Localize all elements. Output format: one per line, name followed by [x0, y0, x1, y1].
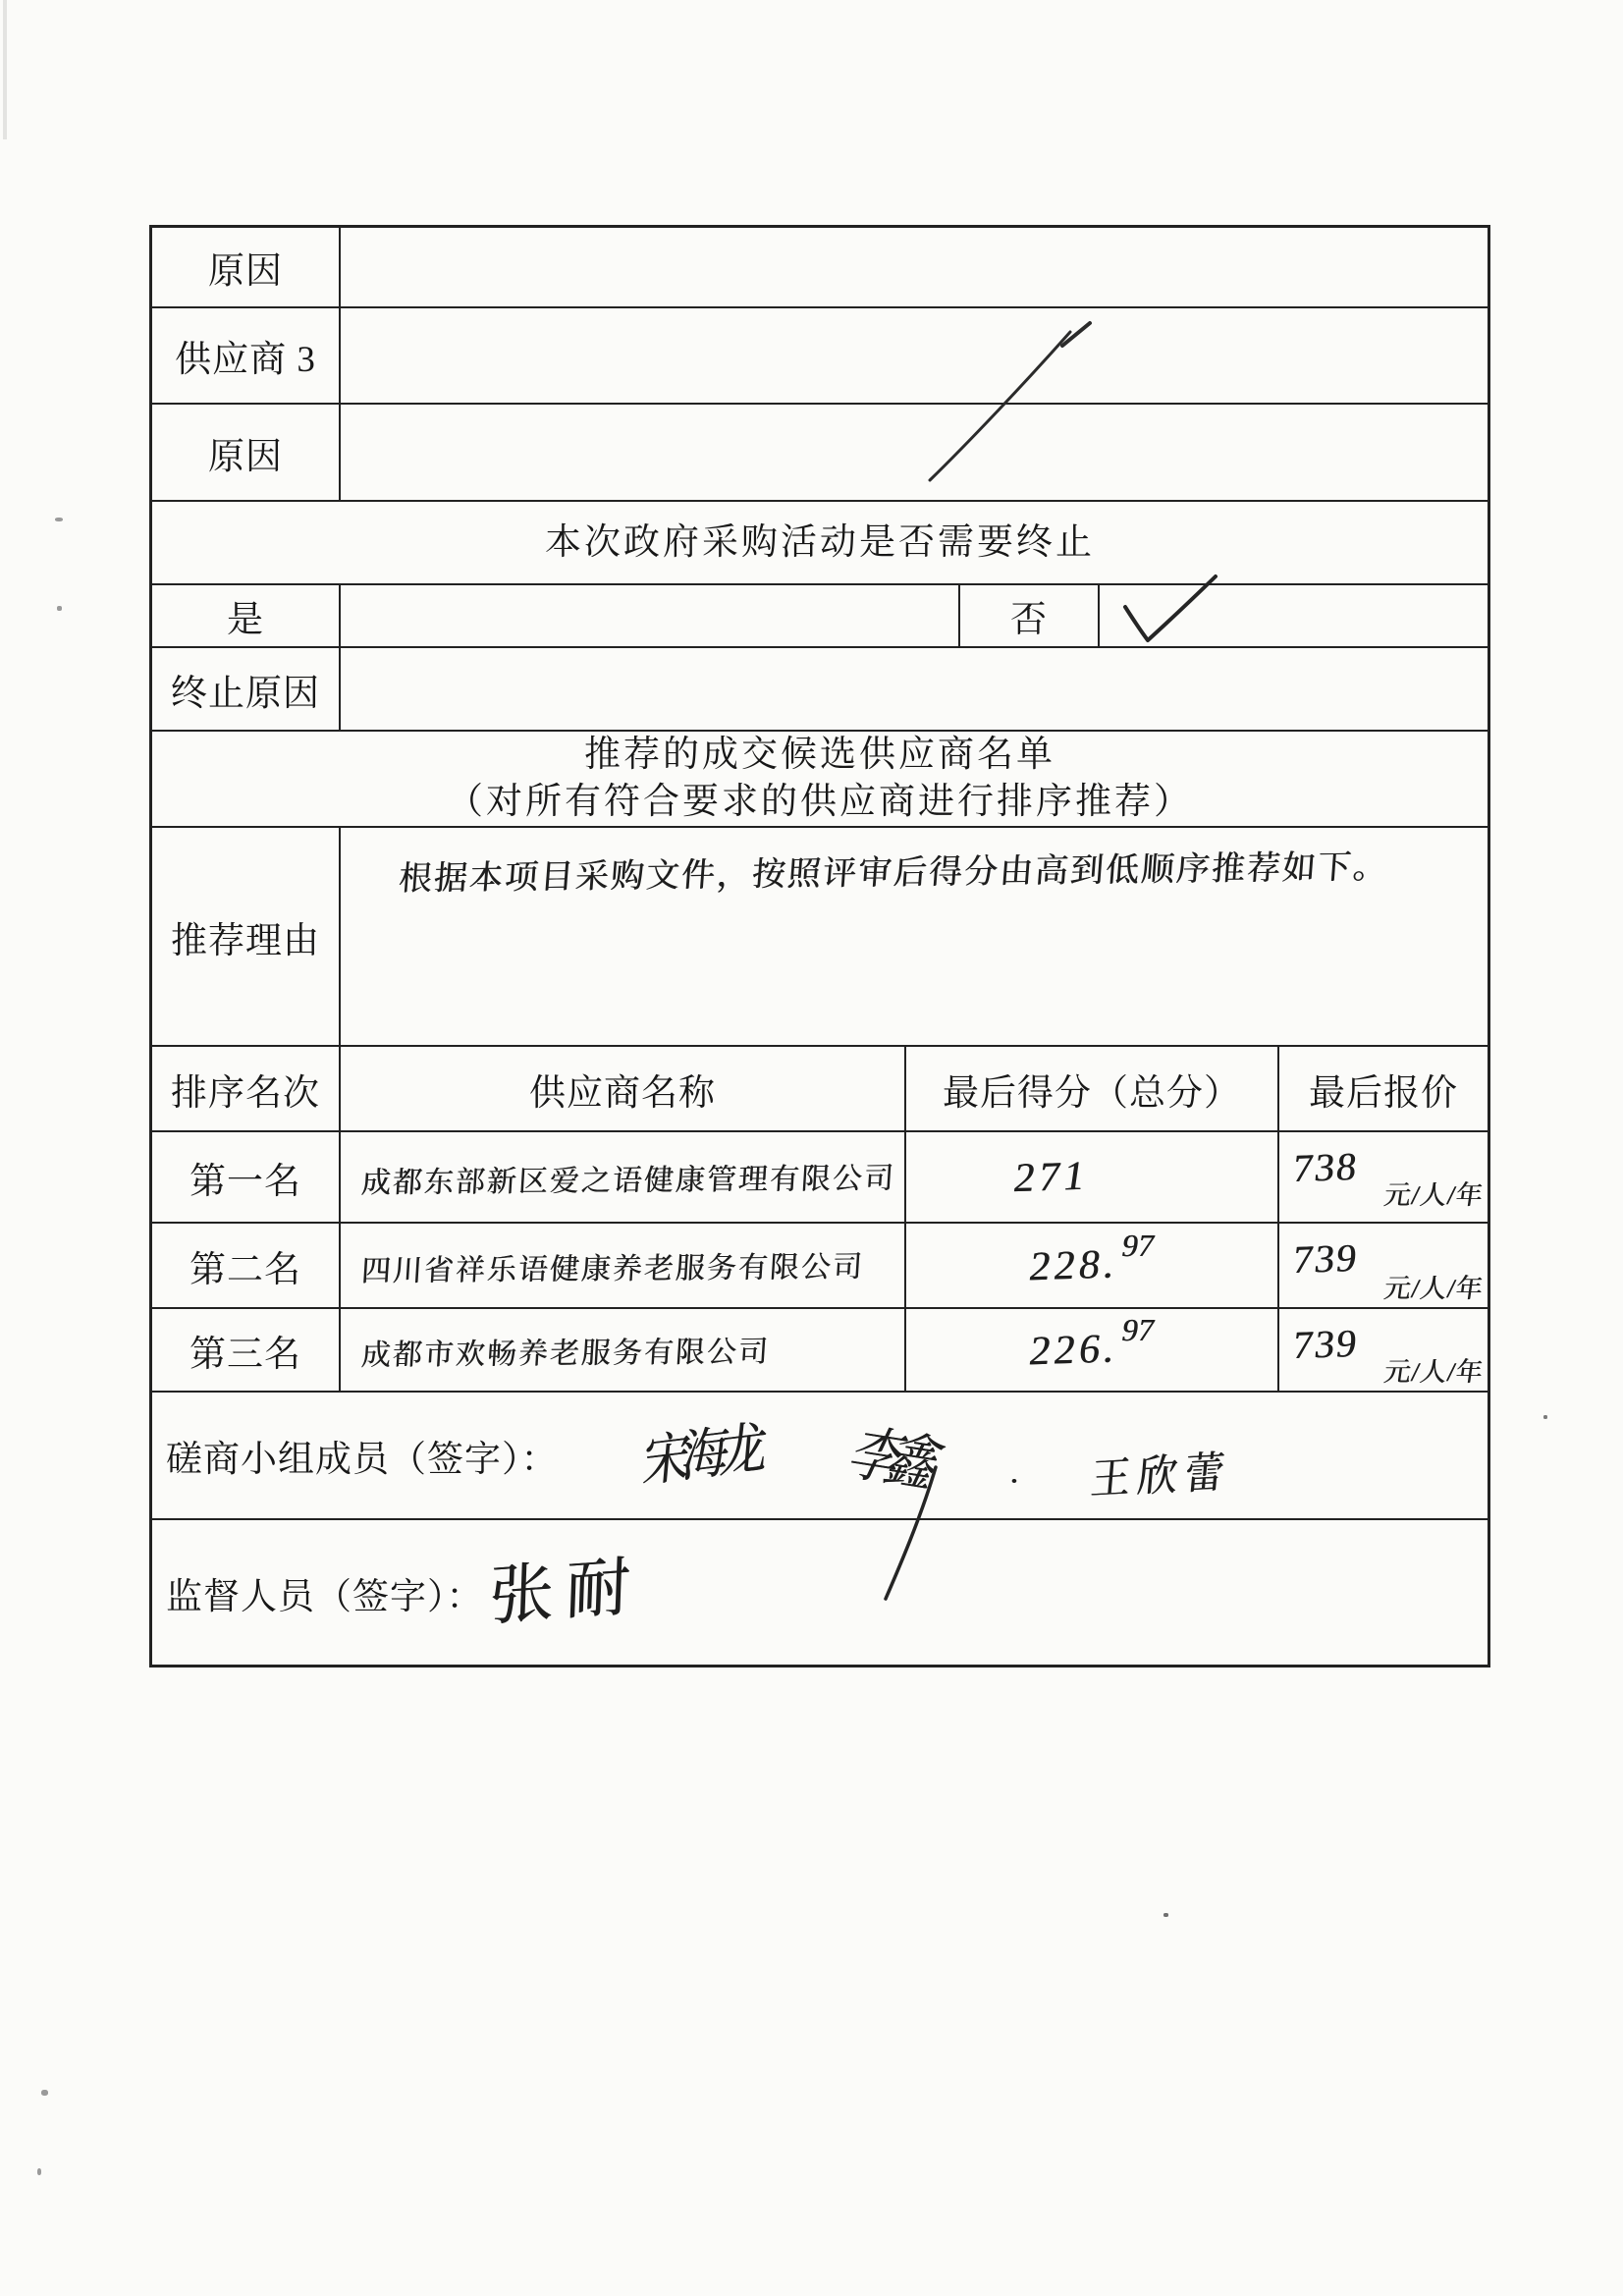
rank-2-label: 第二名: [189, 1239, 301, 1292]
header-rank-cell: 排序名次: [152, 1047, 341, 1130]
supplier-1-name: 成都东部新区爱之语健康管理有限公司: [360, 1153, 897, 1201]
quote-3-value: 739: [1290, 1320, 1360, 1368]
row-termination-reason: 终止原因: [152, 648, 1488, 732]
recommend-reason-value-cell: 根据本项目采购文件，按照评审后得分由高到低顺序推荐如下。: [341, 828, 1488, 1045]
score-2-superscript: 97: [1118, 1228, 1157, 1264]
score-3-value: 226.: [1027, 1325, 1122, 1375]
recommend-title-line1: 推荐的成交候选供应商名单: [584, 732, 1055, 779]
recommend-title-line2: （对所有符合要求的供应商进行排序推荐）: [447, 779, 1193, 826]
recommend-reason-handwritten-text: 根据本项目采购文件，按照评审后得分由高到低顺序推荐如下。: [397, 840, 1390, 900]
supplier-3-name: 成都市欢畅养老服务有限公司: [360, 1327, 772, 1374]
quote-3-unit: 元/人/年: [1381, 1350, 1486, 1389]
header-supplier-cell: 供应商名称: [341, 1047, 906, 1130]
quote-2-cell: 739 元/人/年: [1279, 1224, 1488, 1307]
ranking-row-1: 第一名 成都东部新区爱之语健康管理有限公司 271 738 元/人/年: [152, 1132, 1488, 1224]
scan-speck: [41, 2090, 48, 2096]
quote-1-value: 738: [1290, 1143, 1360, 1191]
supplier-2-cell: 四川省祥乐语健康养老服务有限公司: [341, 1224, 906, 1307]
rank-2-cell: 第二名: [152, 1224, 341, 1307]
reason-2-label: 原因: [208, 426, 283, 479]
scanned-procurement-form-page: 原因 供应商 3 原因 本次政府采: [0, 0, 1623, 2296]
signature-supervisor: 张耐: [488, 1533, 644, 1637]
supplier-3-value-cell: [341, 308, 1488, 403]
yes-value-cell: [341, 585, 960, 646]
signature-member-3: 王欣蕾: [1088, 1436, 1234, 1506]
header-quote: 最后报价: [1309, 1063, 1458, 1116]
scan-speck: [1543, 1415, 1547, 1419]
no-checkmark-cell: [1100, 585, 1488, 646]
supervisor-signature-label: 监督人员（签字）：: [166, 1566, 484, 1619]
quote-2-unit: 元/人/年: [1381, 1267, 1486, 1305]
score-1-cell: 271: [906, 1132, 1279, 1222]
score-3-superscript: 97: [1118, 1312, 1157, 1348]
signature-member-2: 李鑫: [837, 1406, 949, 1501]
row-termination-question: 本次政府采购活动是否需要终止: [152, 502, 1488, 585]
termination-question-text: 本次政府采购活动是否需要终止: [545, 519, 1095, 567]
supplier-3-label: 供应商 3: [175, 329, 316, 382]
reason-1-label: 原因: [208, 241, 283, 294]
header-score: 最后得分（总分）: [943, 1063, 1241, 1116]
termination-reason-label-cell: 终止原因: [152, 648, 341, 730]
rank-1-label: 第一名: [189, 1151, 301, 1204]
row-recommend-reason: 推荐理由 根据本项目采购文件，按照评审后得分由高到低顺序推荐如下。: [152, 828, 1488, 1047]
reason-1-label-cell: 原因: [152, 228, 341, 306]
quote-3-cell: 739 元/人/年: [1279, 1309, 1488, 1391]
row-yes-no: 是 否: [152, 585, 1488, 648]
scan-speck: [55, 518, 63, 521]
quote-1-unit: 元/人/年: [1381, 1174, 1486, 1212]
ranking-row-2: 第二名 四川省祥乐语健康养老服务有限公司 228. 97 739 元/人/年: [152, 1224, 1488, 1309]
scan-speck: [37, 2168, 41, 2175]
no-label: 否: [1010, 589, 1048, 642]
row-supplier-3: 供应商 3: [152, 308, 1488, 405]
row-supervisor-signature: 监督人员（签字）： 张耐: [152, 1520, 1488, 1665]
rank-1-cell: 第一名: [152, 1132, 341, 1222]
procurement-form-table: 原因 供应商 3 原因 本次政府采: [149, 225, 1490, 1667]
termination-reason-value-cell: [341, 648, 1488, 730]
supplier-2-name: 四川省祥乐语健康养老服务有限公司: [360, 1241, 866, 1288]
header-rank: 排序名次: [171, 1063, 320, 1116]
row-reason-2: 原因: [152, 405, 1488, 502]
quote-1-cell: 738 元/人/年: [1279, 1132, 1488, 1222]
panel-signatures-cell: 磋商小组成员（签字）：: [152, 1429, 1488, 1482]
yes-label: 是: [227, 589, 264, 642]
yes-label-cell: 是: [152, 585, 341, 646]
reason-1-value-cell: [341, 228, 1488, 306]
recommend-reason-label: 推荐理由: [171, 910, 320, 963]
rank-3-cell: 第三名: [152, 1309, 341, 1391]
quote-2-value: 739: [1290, 1234, 1360, 1283]
row-recommend-title: 推荐的成交候选供应商名单 （对所有符合要求的供应商进行排序推荐）: [152, 732, 1488, 828]
rank-3-label: 第三名: [189, 1324, 301, 1377]
panel-signatures-label: 磋商小组成员（签字）：: [166, 1429, 559, 1482]
termination-reason-label: 终止原因: [171, 663, 320, 716]
ranking-row-3: 第三名 成都市欢畅养老服务有限公司 226. 97 739 元/人/年: [152, 1309, 1488, 1393]
score-2-cell: 228. 97: [906, 1224, 1279, 1307]
scan-speck: [1163, 1913, 1168, 1917]
row-ranking-header: 排序名次 供应商名称 最后得分（总分） 最后报价: [152, 1047, 1488, 1132]
supplier-1-cell: 成都东部新区爱之语健康管理有限公司: [341, 1132, 906, 1222]
no-label-cell: 否: [960, 585, 1100, 646]
score-2-value: 228.: [1027, 1240, 1122, 1290]
termination-question-cell: 本次政府采购活动是否需要终止: [152, 502, 1488, 583]
row-panel-signatures: 磋商小组成员（签字）： 宋海龙 李鑫 · 王欣蕾: [152, 1393, 1488, 1520]
supplier-3-name-cell: 成都市欢畅养老服务有限公司: [341, 1309, 906, 1391]
scan-edge-artifact: [3, 0, 7, 139]
reason-2-value-cell: [341, 405, 1488, 500]
score-1-value: 271: [1010, 1152, 1091, 1202]
header-supplier: 供应商名称: [529, 1063, 716, 1116]
score-3-cell: 226. 97: [906, 1309, 1279, 1391]
header-quote-cell: 最后报价: [1279, 1047, 1488, 1130]
recommend-reason-label-cell: 推荐理由: [152, 828, 341, 1045]
row-reason-1: 原因: [152, 228, 1488, 308]
header-score-cell: 最后得分（总分）: [906, 1047, 1279, 1130]
scan-speck: [57, 606, 62, 611]
signature-pen-dot: ·: [1008, 1463, 1019, 1501]
reason-2-label-cell: 原因: [152, 405, 341, 500]
supervisor-signature-cell: 监督人员（签字）：: [152, 1520, 1488, 1665]
signature-member-1: 宋海龙: [640, 1404, 763, 1499]
recommend-title-cell: 推荐的成交候选供应商名单 （对所有符合要求的供应商进行排序推荐）: [152, 732, 1488, 826]
supplier-3-label-cell: 供应商 3: [152, 308, 341, 403]
